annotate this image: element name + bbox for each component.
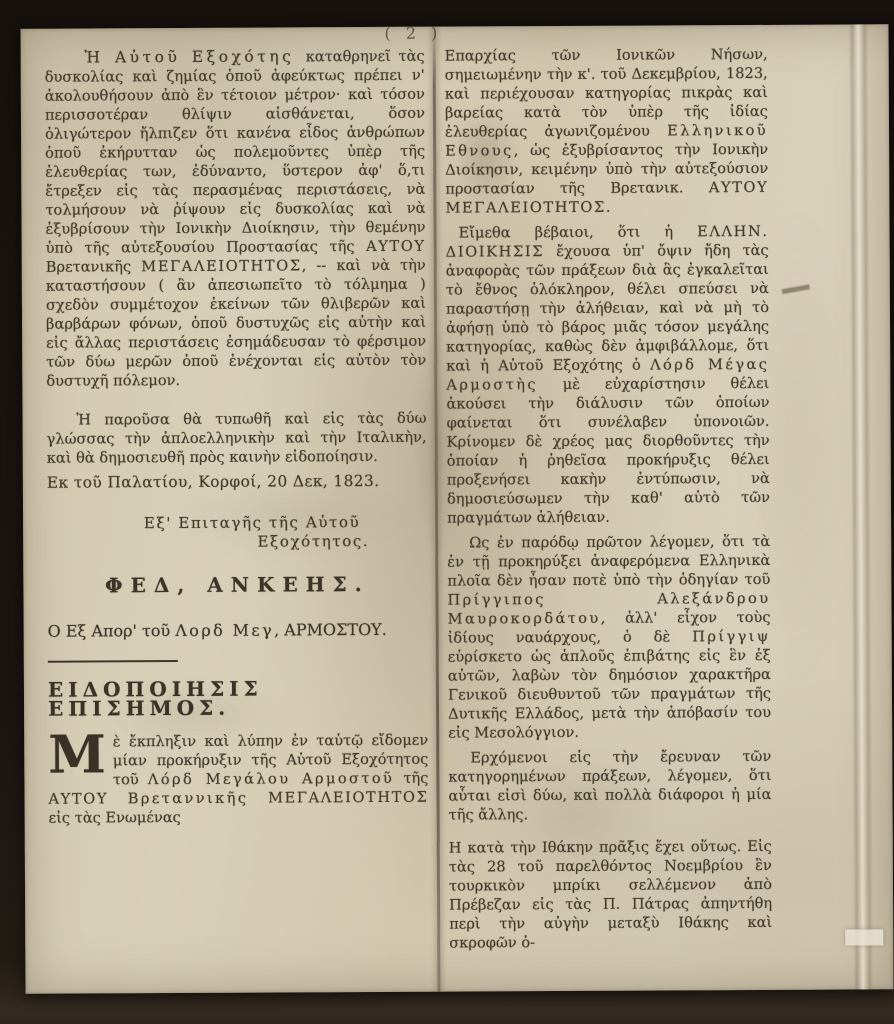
body-text: καταθρηνεῖ τὰς δυσκολίας καὶ ζημίας ὁποῦ… [45,48,426,257]
right-column: Επαρχίας τῶν Ιονικῶν Νήσων, σημειωμένην … [436,41,779,992]
body-text: Εἴμεθα βέβαιοι, ὅτι ἡ [459,223,698,241]
by-command-line: Εξ' Επιταγῆς τῆς Αὐτοῦ [47,513,427,534]
body-text: Ο Εξ Απορ' τοῦ [48,621,176,641]
emphasis-caps: ΑΥΤΟΥ [48,790,108,807]
emphasis-caps: ΜΕΓΑΛΕΙΟΤΗΤΟΣ [268,789,429,807]
paragraph-greek-ships: Ως ἐν παρόδῳ πρῶτον λέγομεν, ὅτι τὰ ἐν τ… [447,532,771,743]
emphasis-name: Λόρδ Μεγάλου Αρμοστοῦ [148,770,395,788]
scan-background: ( 2 ) Ἡ Αὐτοῦ Εξοχότης καταθρηνεῖ τὰς δυ… [0,0,894,1024]
paragraph-publication-note: Ἡ παροῦσα θὰ τυπωθῆ καὶ εἰς τὰς δύω γλώσ… [46,409,426,468]
paragraph-notice-start: Μὲ ἔκπληξιν καὶ λύπην ἐν ταὐτῷ εἴδομεν μ… [48,731,428,828]
drop-cap: Μ [48,732,113,776]
paragraph-ithaca-incident: Η κατὰ τὴν Ιθάκην πρᾶξις ἔχει οὕτως. Εἰς… [449,837,773,953]
body-text: , -- καὶ νὰ τὴν καταστήσουν ( ἂν ἀπεσιωπ… [46,257,426,390]
body-text: , ΑΡΜΟΣΤΟΥ. [274,620,387,640]
body-text: εἰς τὰς Ενωμένας [49,809,181,827]
emphasis-caps: ΑΥΤΟΥ [366,238,426,255]
body-text: τῆς [394,770,428,787]
lead-phrase: Ἡ Αὐτοῦ Εξοχότης [85,47,306,66]
right-margin [774,40,894,990]
body-text: Ως ἐν παρόδῳ πρῶτον λέγομεν, ὅτι τὰ ἐν τ… [447,533,770,590]
emphasis-name: Πρίγγιψ [692,628,771,645]
emphasis-name: Βρεταννικῆς [108,790,268,808]
left-column: Ἡ Αὐτοῦ Εξοχότης καταθρηνεῖ τὰς δυσκολία… [21,43,438,994]
official-notice-heading: ΕΙΔΟΠΟΙΗΣΙΣ ΕΠΙΣΗΜΟΣ. [48,679,428,719]
paragraph-greek-administration: Εἴμεθα βέβαιοι, ὅτι ἡ ΕΛΛΗΝ. ΔΙΟΙΚΗΣΙΣ ἔ… [446,222,771,528]
signature: ΦΕΔ, ΑΝΚΕΗΣ. [47,575,427,596]
body-text: μὲ εὐχαρίστησιν θέλει ἀκούσει τὴν διάλυσ… [446,375,770,527]
paragraph-proclamation-continued: Επαρχίας τῶν Ιονικῶν Νήσων, σημειωμένην … [445,45,769,218]
emphasis-caps: ΜΕΓΑΛΕΙΟΤΗΤΟΣ [141,257,302,275]
body-text: Βρετανικῆς [46,258,142,275]
body-text: ἔχουσα ὑπ' ὄψιν ἤδη τὰς ἀναφορὰς τῶν πρά… [446,242,769,375]
paragraph-proclamation-end: Ἡ Αὐτοῦ Εξοχότης καταθρηνεῖ τὰς δυσκολία… [45,47,427,391]
emphasis-name: Λορδ Μεγ [175,621,274,641]
paragraph-two-acts: Ερχόμενοι εἰς τὴν ἔρευναν τῶν κατηγορημέ… [448,747,771,825]
dateline: Εκ τοῦ Παλατίου, Κορφοί, 20 Δεκ, 1823. [47,472,427,493]
secretary-line: Ο Εξ Απορ' τοῦ Λορδ Μεγ, ΑΡΜΟΣΤΟΥ. [48,620,428,641]
by-command-line: Εξοχότητος. [47,532,427,553]
horizontal-rule [48,660,178,663]
page-content: Ἡ Αὐτοῦ Εξοχότης καταθρηνεῖ τὰς δυσκολία… [20,24,893,994]
by-command-block: Εξ' Επιταγῆς τῆς Αὐτοῦ Εξοχότητος. [47,513,427,553]
newspaper-page: ( 2 ) Ἡ Αὐτοῦ Εξοχότης καταθρηνεῖ τὰς δυ… [20,24,893,994]
body-text: εὑρίσκετο ὡς ἁπλοῦς ἐπιβάτης εἰς ἓν ἐξ α… [448,647,771,742]
